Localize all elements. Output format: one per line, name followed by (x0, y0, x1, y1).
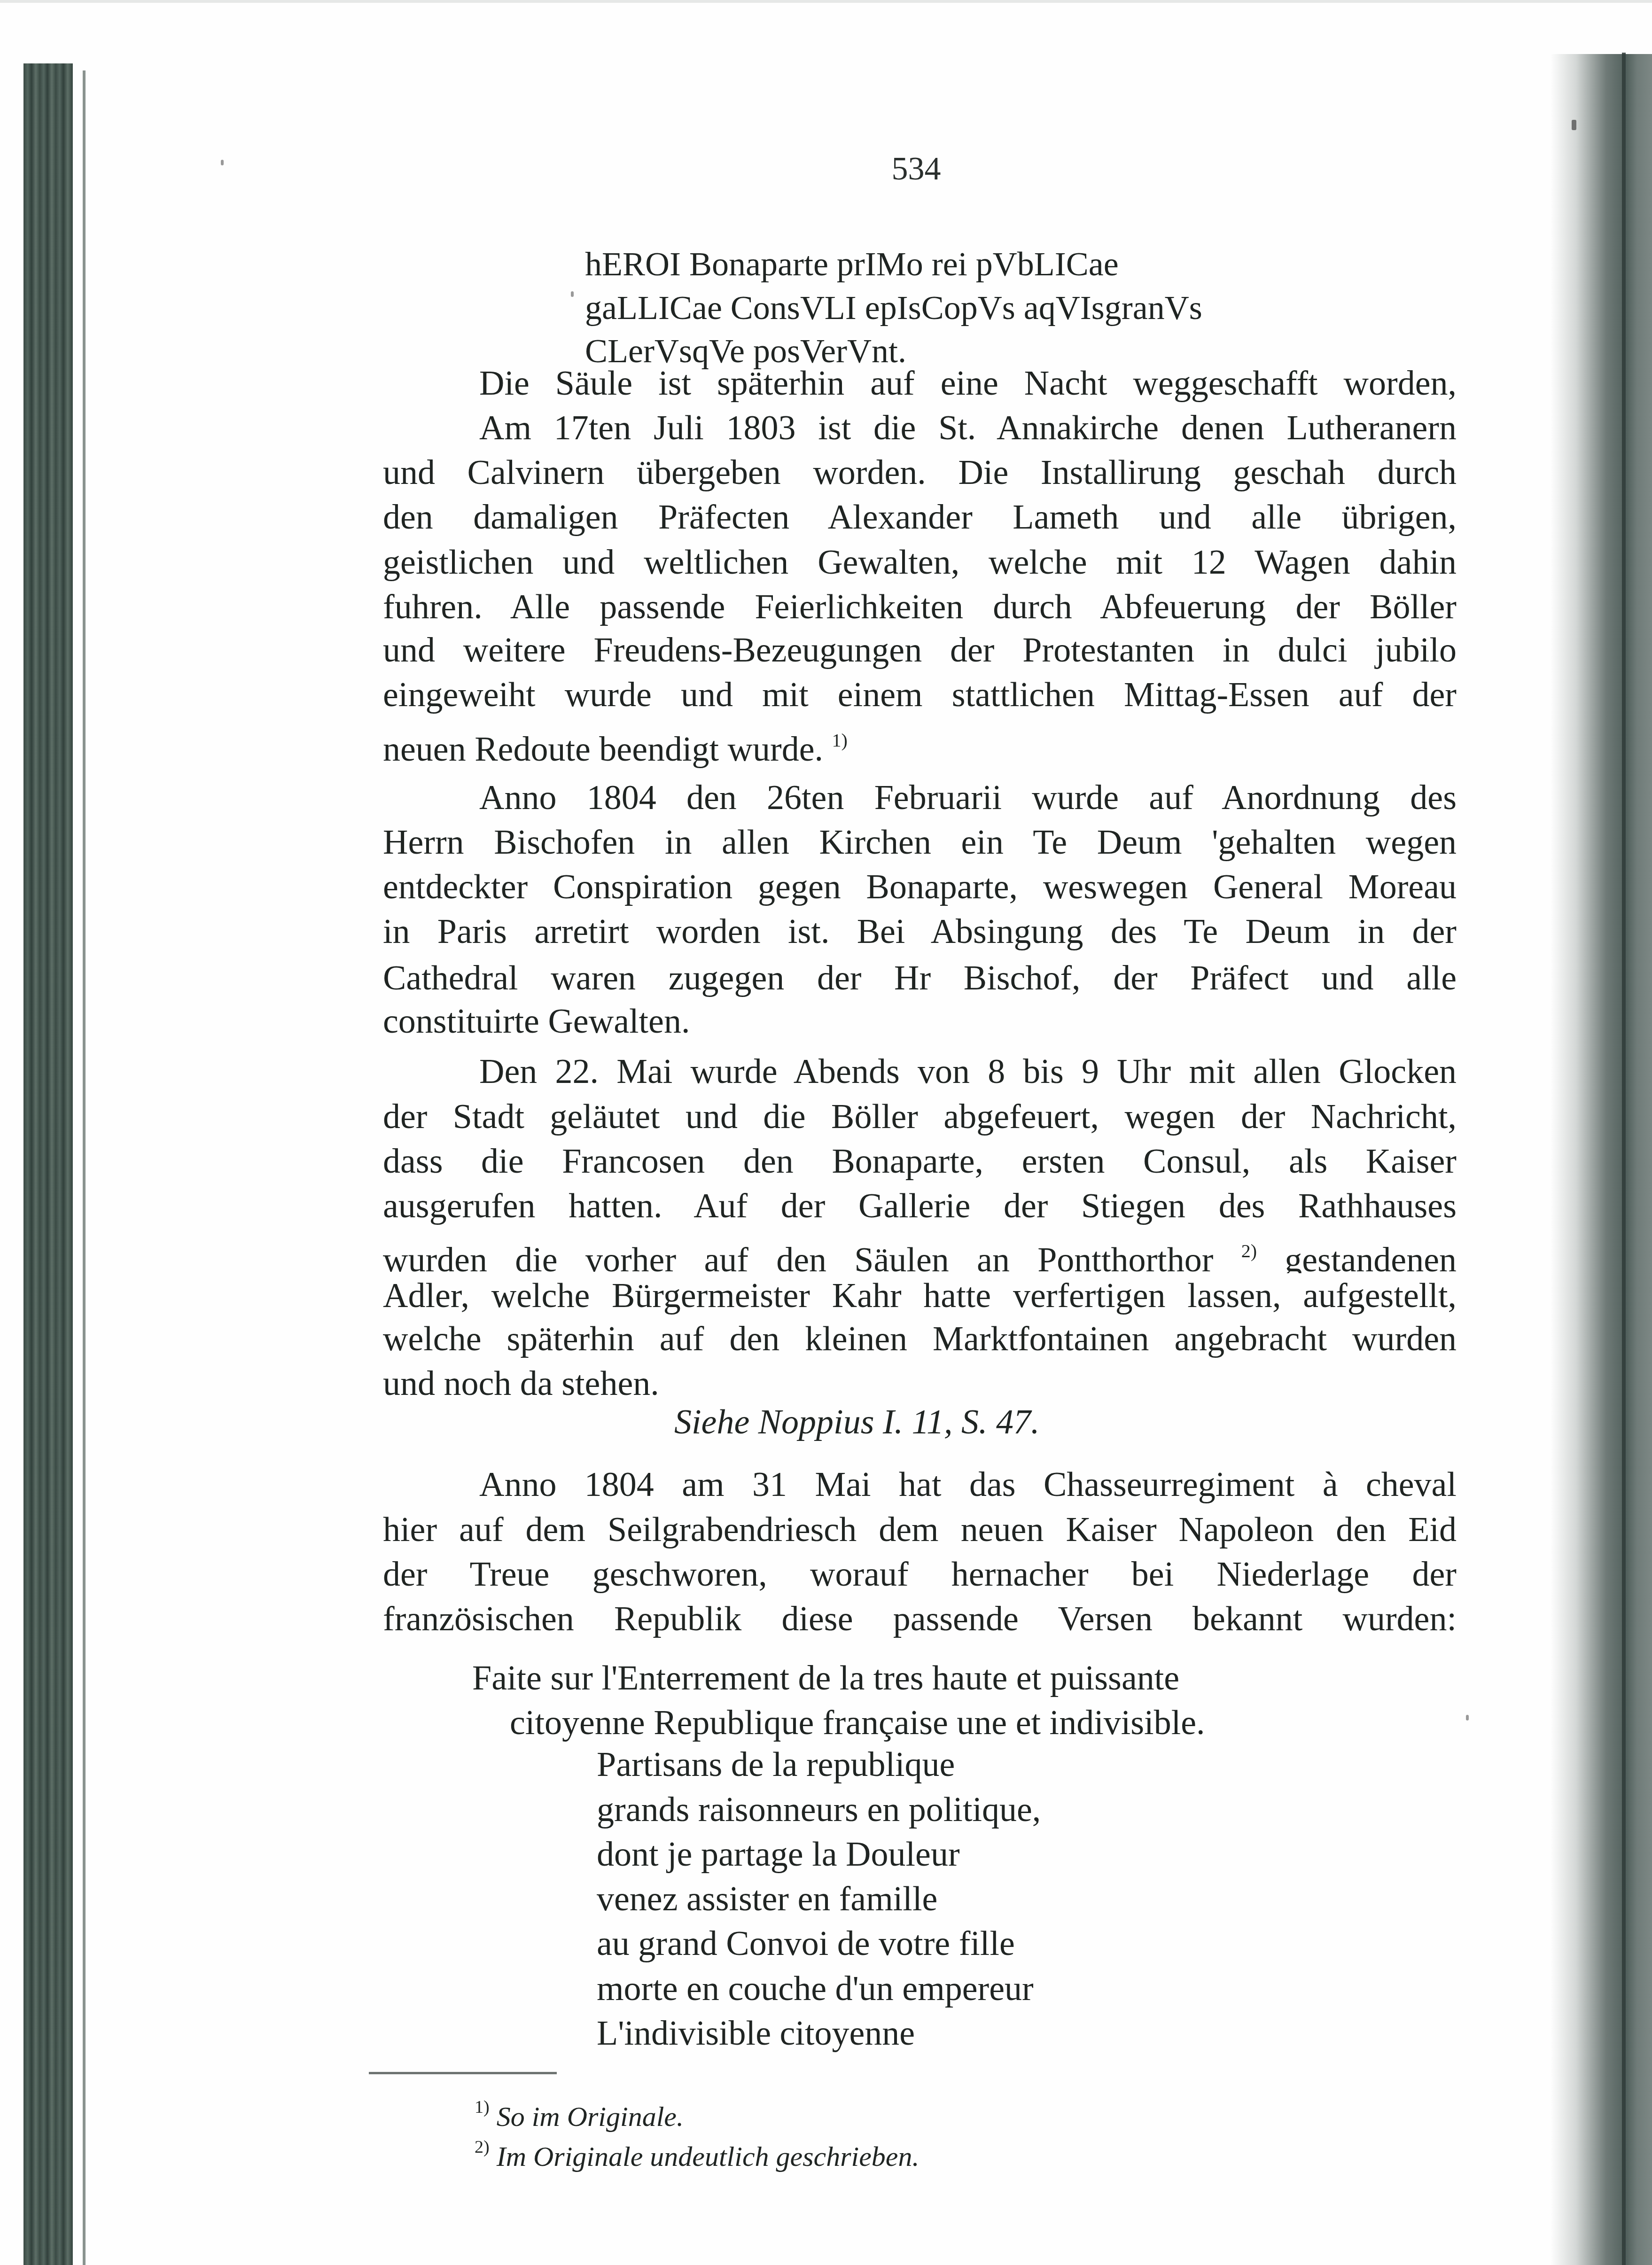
body-line: der Treue geschworen, worauf hernacher b… (383, 1552, 1457, 1597)
book-gutter-shadow-right (1551, 54, 1652, 2265)
poem-line: L'indivisible citoyenne (597, 2011, 915, 2056)
poem-line: au grand Convoi de votre fille (597, 1922, 1015, 1966)
body-line-text: fuhren. Alle passende Feierlichkeiten du… (383, 588, 1457, 626)
body-line: ausgerufen hatten. Auf der Gallerie der … (383, 1184, 1457, 1229)
body-line: Anno 1804 am 31 Mai hat das Chasseurregi… (479, 1463, 1457, 1507)
body-line: dass die Francosen den Bonaparte, ersten… (383, 1139, 1457, 1184)
body-line: Den 22. Mai wurde Abends von 8 bis 9 Uhr… (479, 1050, 1457, 1094)
citation-line: Siehe Noppius I. 11, S. 47. (674, 1400, 1040, 1445)
inscription-line: hEROI Bonaparte prIMo rei pVbLICae (585, 242, 1119, 287)
body-line-text: welche späterhin auf den kleinen Marktfo… (383, 1320, 1457, 1358)
body-line-text: eingeweiht wurde und mit einem stattlich… (383, 676, 1457, 714)
footnote-text: So im Originale. (497, 2101, 684, 2132)
scan-speck (1466, 1715, 1469, 1720)
body-line-text: in Paris arretirt worden ist. Bei Absing… (383, 912, 1457, 951)
poem-line: dont je partage la Douleur (597, 1832, 960, 1877)
scan-top-edge (0, 0, 1652, 3)
footnote-reference: 2) (1241, 1240, 1257, 1261)
body-line: entdeckter Conspiration gegen Bonaparte,… (383, 865, 1457, 910)
body-line: Am 17ten Juli 1803 ist die St. Annakirch… (479, 406, 1457, 451)
body-line: den damaligen Präfecten Alexander Lameth… (383, 495, 1457, 540)
footnote-2: 2) Im Originale undeutlich geschrieben. (475, 2128, 919, 2166)
body-line: constituirte Gewalten. (383, 999, 1457, 1044)
body-line-text: wurden die vorher auf den Säulen an Pont… (383, 1241, 1213, 1273)
body-line-text: entdeckter Conspiration gegen Bonaparte,… (383, 868, 1457, 906)
body-line: Cathedral waren zugegen der Hr Bischof, … (383, 956, 1457, 1001)
poem-line: Partisans de la republique (597, 1743, 955, 1787)
poem-line: grands raisonneurs en politique, (597, 1788, 1041, 1832)
poem-line: morte en couche d'un empereur (597, 1967, 1034, 2011)
body-line-text: Anno 1804 am 31 Mai hat das Chasseurregi… (479, 1465, 1457, 1504)
body-line-text: und Calvinern übergeben worden. Die Inst… (383, 453, 1457, 492)
footnote-text: Im Originale undeutlich geschrieben. (497, 2141, 920, 2172)
body-line: hier auf dem Seilgrabendriesch dem neuen… (383, 1508, 1457, 1552)
body-line: und noch da stehen. (383, 1362, 1457, 1406)
scanned-book-page: 534 hEROI Bonaparte prIMo rei pVbLICae g… (0, 0, 1652, 2265)
poem-title-line: Faite sur l'Enterrement de la tres haute… (472, 1656, 1179, 1701)
body-line: Anno 1804 den 26ten Februarii wurde auf … (479, 776, 1457, 820)
body-line: Die Säule ist späterhin auf eine Nacht w… (479, 361, 1457, 406)
body-line-text: Am 17ten Juli 1803 ist die St. Annakirch… (479, 409, 1457, 447)
body-line: Herrn Bischofen in allen Kirchen ein Te … (383, 820, 1457, 865)
page-edge-line-right (1622, 53, 1626, 2265)
body-line-text: den damaligen Präfecten Alexander Lameth… (383, 498, 1457, 537)
footnote-1: 1) So im Originale. (475, 2088, 684, 2126)
body-line: französischen Republik diese passende Ve… (383, 1597, 1457, 1642)
body-line-text: hier auf dem Seilgrabendriesch dem neuen… (383, 1510, 1457, 1549)
body-line: in Paris arretirt worden ist. Bei Absing… (383, 910, 1457, 954)
body-line-text: neuen Redoute beendigt wurde. (383, 730, 823, 769)
body-line-text: dass die Francosen den Bonaparte, ersten… (383, 1142, 1457, 1181)
body-line-text: französischen Republik diese passende Ve… (383, 1600, 1457, 1638)
body-line: neuen Redoute beendigt wurde. 1) (383, 718, 1457, 763)
body-line-text: constituirte Gewalten. (383, 1002, 690, 1041)
poem-title-line: citoyenne Republique française une et in… (510, 1701, 1205, 1745)
scan-speck (1572, 120, 1576, 130)
body-line-text: geistlichen und weltlichen Gewalten, wel… (383, 543, 1457, 582)
book-spine-shadow-left (23, 63, 73, 2265)
scan-speck (221, 160, 224, 165)
body-line: fuhren. Alle passende Feierlichkeiten du… (383, 585, 1457, 630)
body-line: welche späterhin auf den kleinen Marktfo… (383, 1317, 1457, 1362)
body-line-text: Herrn Bischofen in allen Kirchen ein Te … (383, 823, 1457, 862)
body-line-text: und weitere Freudens-Bezeugungen der Pro… (383, 631, 1457, 669)
body-line-text: gestandenen (1257, 1241, 1457, 1273)
body-line-text: Cathedral waren zugegen der Hr Bischof, … (383, 959, 1457, 997)
body-line-text: Den 22. Mai wurde Abends von 8 bis 9 Uhr… (479, 1052, 1457, 1091)
body-line: eingeweiht wurde und mit einem stattlich… (383, 673, 1457, 717)
page-number: 534 (869, 150, 963, 188)
body-line: geistlichen und weltlichen Gewalten, wel… (383, 540, 1457, 585)
body-line-text: Die Säule ist späterhin auf eine Nacht w… (479, 364, 1457, 403)
body-line: der Stadt geläutet und die Böller abgefe… (383, 1095, 1457, 1139)
body-line-text: der Stadt geläutet und die Böller abgefe… (383, 1097, 1457, 1136)
body-line: und Calvinern übergeben worden. Die Inst… (383, 451, 1457, 495)
body-line: und weitere Freudens-Bezeugungen der Pro… (383, 628, 1457, 673)
body-line-text: Anno 1804 den 26ten Februarii wurde auf … (479, 778, 1457, 817)
body-line: Adler, welche Bürgermeister Kahr hatte v… (383, 1274, 1457, 1318)
scan-speck (571, 291, 574, 297)
inscription-line: gaLLICae ConsVLI epIsCopVs aqVIsgranVs (585, 286, 1202, 330)
body-line-text: und noch da stehen. (383, 1364, 659, 1403)
footnote-mark: 1) (475, 2097, 490, 2117)
body-line-text: ausgerufen hatten. Auf der Gallerie der … (383, 1187, 1457, 1225)
poem-line: venez assister en famille (597, 1877, 937, 1922)
body-line: wurden die vorher auf den Säulen an Pont… (383, 1229, 1457, 1273)
page-edge-line-left (83, 70, 86, 2265)
footnote-separator (369, 2072, 557, 2074)
body-line-text: der Treue geschworen, worauf hernacher b… (383, 1555, 1457, 1594)
body-line-text: Adler, welche Bürgermeister Kahr hatte v… (383, 1276, 1457, 1315)
footnote-reference: 1) (832, 730, 848, 751)
footnote-mark: 2) (475, 2137, 490, 2157)
